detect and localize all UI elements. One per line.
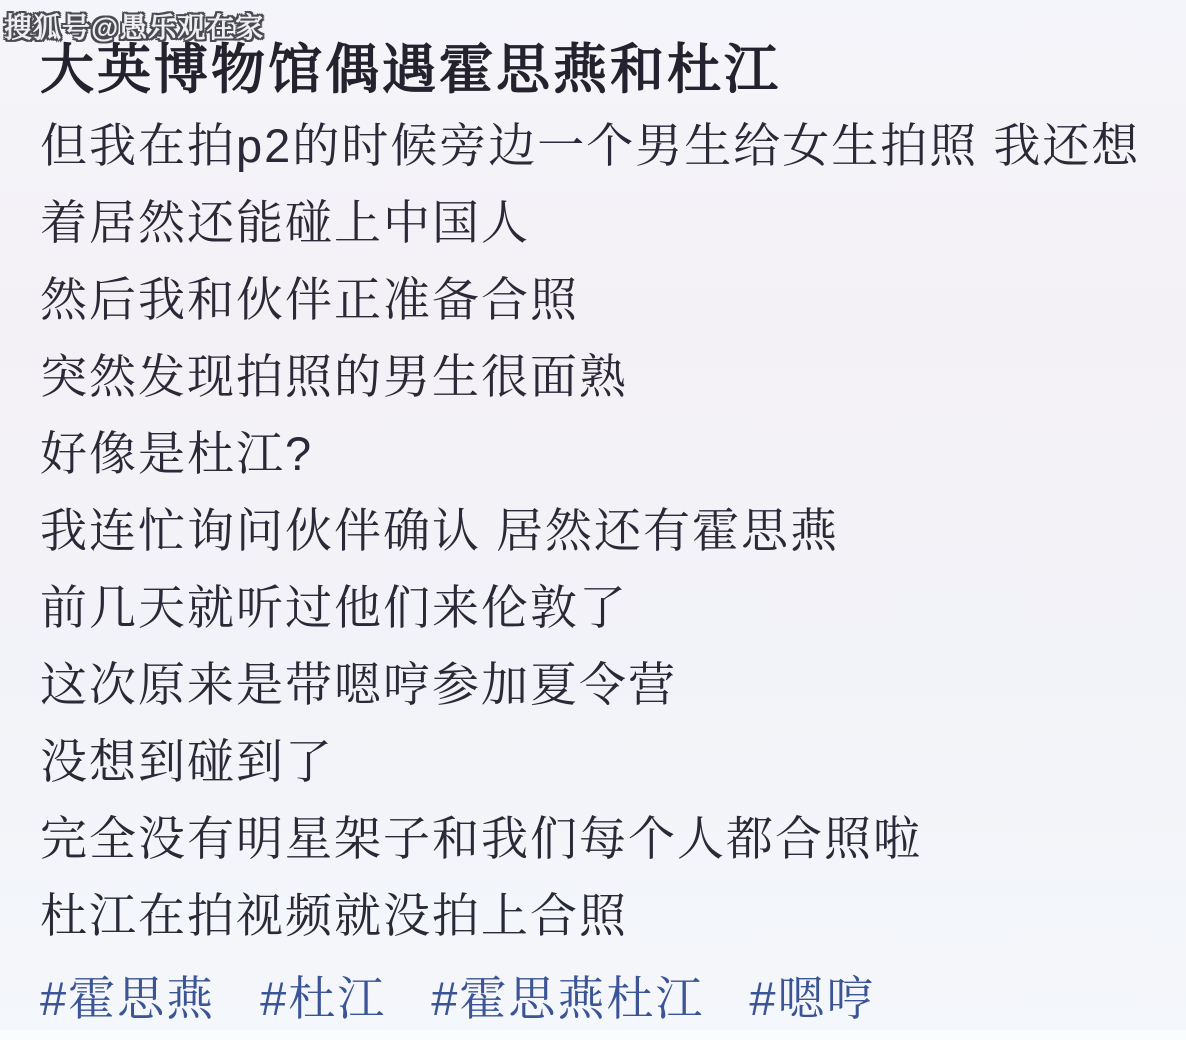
body-line: 完全没有明星架子和我们每个人都合照啦 [40,797,1166,874]
body-line: 没想到碰到了 [40,720,1166,797]
sohu-account-watermark: 搜狐号@愚乐观在家 [4,6,264,46]
hashtag-link[interactable]: #霍思燕 [40,962,215,1029]
hashtag-link[interactable]: #嗯哼 [749,962,875,1029]
body-line: 我连忙询问伙伴确认 居然还有霍思燕 [40,489,1166,566]
body-line: 这次原来是带嗯哼参加夏令营 [40,643,1166,720]
body-line: 杜江在拍视频就没拍上合照 [40,874,1166,951]
body-line: 前几天就听过他们来伦敦了 [40,566,1166,643]
body-line: 突然发现拍照的男生很面熟 [40,335,1166,412]
hashtag-link[interactable]: #霍思燕杜江 [431,962,704,1029]
bottom-edge-strip [0,1030,1186,1040]
hashtag-row: #霍思燕 #杜江 #霍思燕杜江 #嗯哼 [40,951,1166,1040]
body-line: 好像是杜江? [40,412,1166,489]
post-body: 但我在拍p2的时候旁边一个男生给女生拍照 我还想 着居然还能碰上中国人 然后我和… [40,104,1166,1040]
body-line: 然后我和伙伴正准备合照 [40,258,1166,335]
hashtag-link[interactable]: #杜江 [260,962,386,1029]
post-title: 大英博物馆偶遇霍思燕和杜江 [40,42,781,99]
body-line: 着居然还能碰上中国人 [40,181,1166,258]
body-line: 但我在拍p2的时候旁边一个男生给女生拍照 我还想 [40,104,1166,181]
